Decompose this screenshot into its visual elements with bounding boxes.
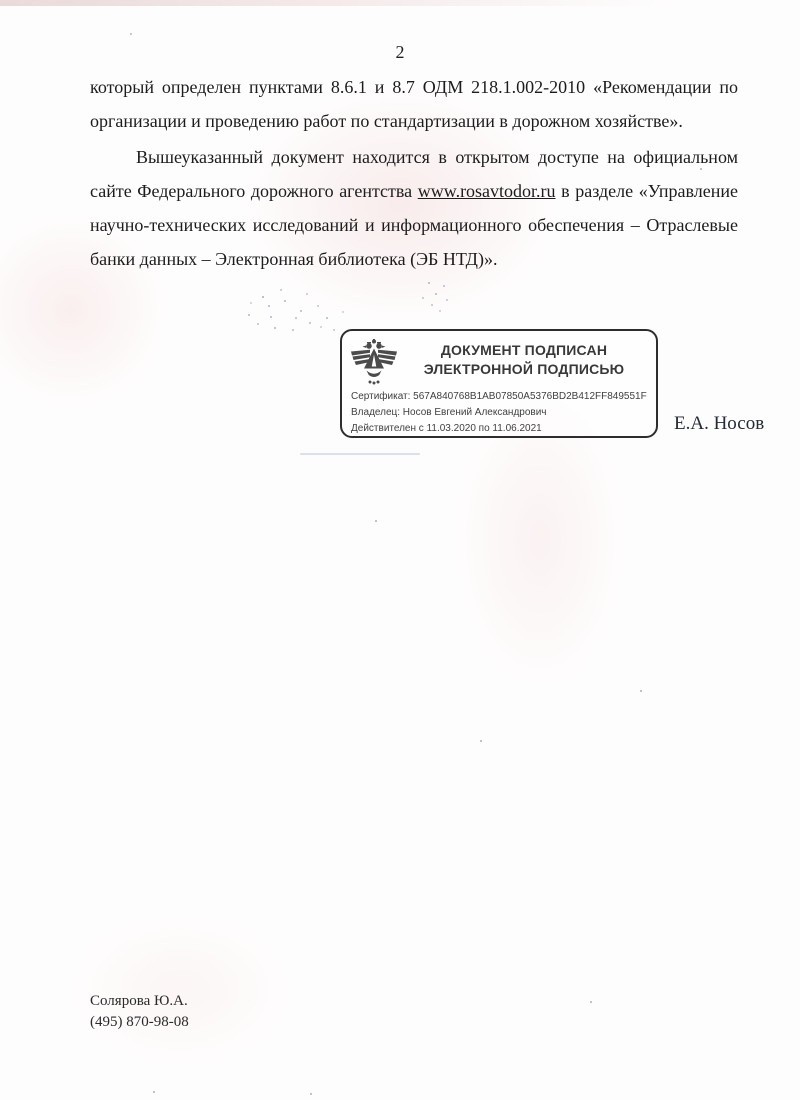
footer-contact: Солярова Ю.А. (495) 870-98-08 (90, 991, 189, 1033)
paragraph-line: научно-технических исследований и информ… (90, 208, 738, 242)
scan-speck (375, 520, 377, 522)
stamp-title: ДОКУМЕНТ ПОДПИСАН ЭЛЕКТРОННОЙ ПОДПИСЬЮ (398, 341, 650, 379)
scan-speckles (262, 296, 264, 298)
paragraph-line: который определен пунктами 8.6.1 и 8.7 О… (90, 70, 738, 104)
link-suffix-text: в разделе «Управление (556, 181, 738, 201)
stamp-title-line-1: ДОКУМЕНТ ПОДПИСАН (398, 341, 650, 360)
scan-speck (153, 1091, 155, 1093)
footer-contact-phone: (495) 870-98-08 (90, 1012, 189, 1033)
scan-speck (480, 740, 482, 742)
stamp-validity-line: Действителен с 11.03.2020 по 11.06.2021 (351, 421, 650, 437)
russia-double-headed-eagle-icon (350, 336, 398, 392)
scan-speck (130, 33, 132, 35)
paragraph-1: который определен пунктами 8.6.1 и 8.7 О… (90, 70, 738, 138)
paragraph-line-with-link: сайте Федерального дорожного агентства w… (90, 174, 738, 208)
page-number: 2 (0, 42, 800, 63)
scan-speck (310, 1093, 312, 1095)
rosavtodor-link[interactable]: www.rosavtodor.ru (418, 181, 556, 201)
stamp-certificate-line: Сертификат: 567A840768B1AB07850A5376BD2B… (351, 389, 650, 405)
scan-speckles (428, 282, 430, 284)
link-prefix-text: сайте Федерального дорожного агентства (90, 181, 418, 201)
signatory-name: Е.А. Носов (674, 413, 764, 435)
scanned-document-page: 2 который определен пунктами 8.6.1 и 8.7… (0, 0, 800, 1100)
stamp-details: Сертификат: 567A840768B1AB07850A5376BD2B… (351, 389, 650, 437)
stamp-owner-line: Владелец: Носов Евгений Александрович (351, 405, 650, 421)
paragraph-line: организации и проведению работ по станда… (90, 104, 738, 138)
stamp-title-line-2: ЭЛЕКТРОННОЙ ПОДПИСЬЮ (398, 360, 650, 379)
scan-tint-top (0, 0, 800, 6)
scan-tint-blob (20, 880, 340, 1100)
scan-speck (590, 1001, 592, 1003)
paragraph-2: Вышеуказанный документ находится в откры… (90, 140, 738, 276)
electronic-signature-stamp: ДОКУМЕНТ ПОДПИСАН ЭЛЕКТРОННОЙ ПОДПИСЬЮ С… (340, 329, 658, 438)
paragraph-line: Вышеуказанный документ находится в откры… (90, 140, 738, 174)
scan-speck (640, 690, 642, 692)
scan-streak (300, 453, 420, 455)
footer-contact-name: Солярова Ю.А. (90, 991, 189, 1012)
paragraph-line: банки данных – Электронная библиотека (Э… (90, 242, 738, 276)
